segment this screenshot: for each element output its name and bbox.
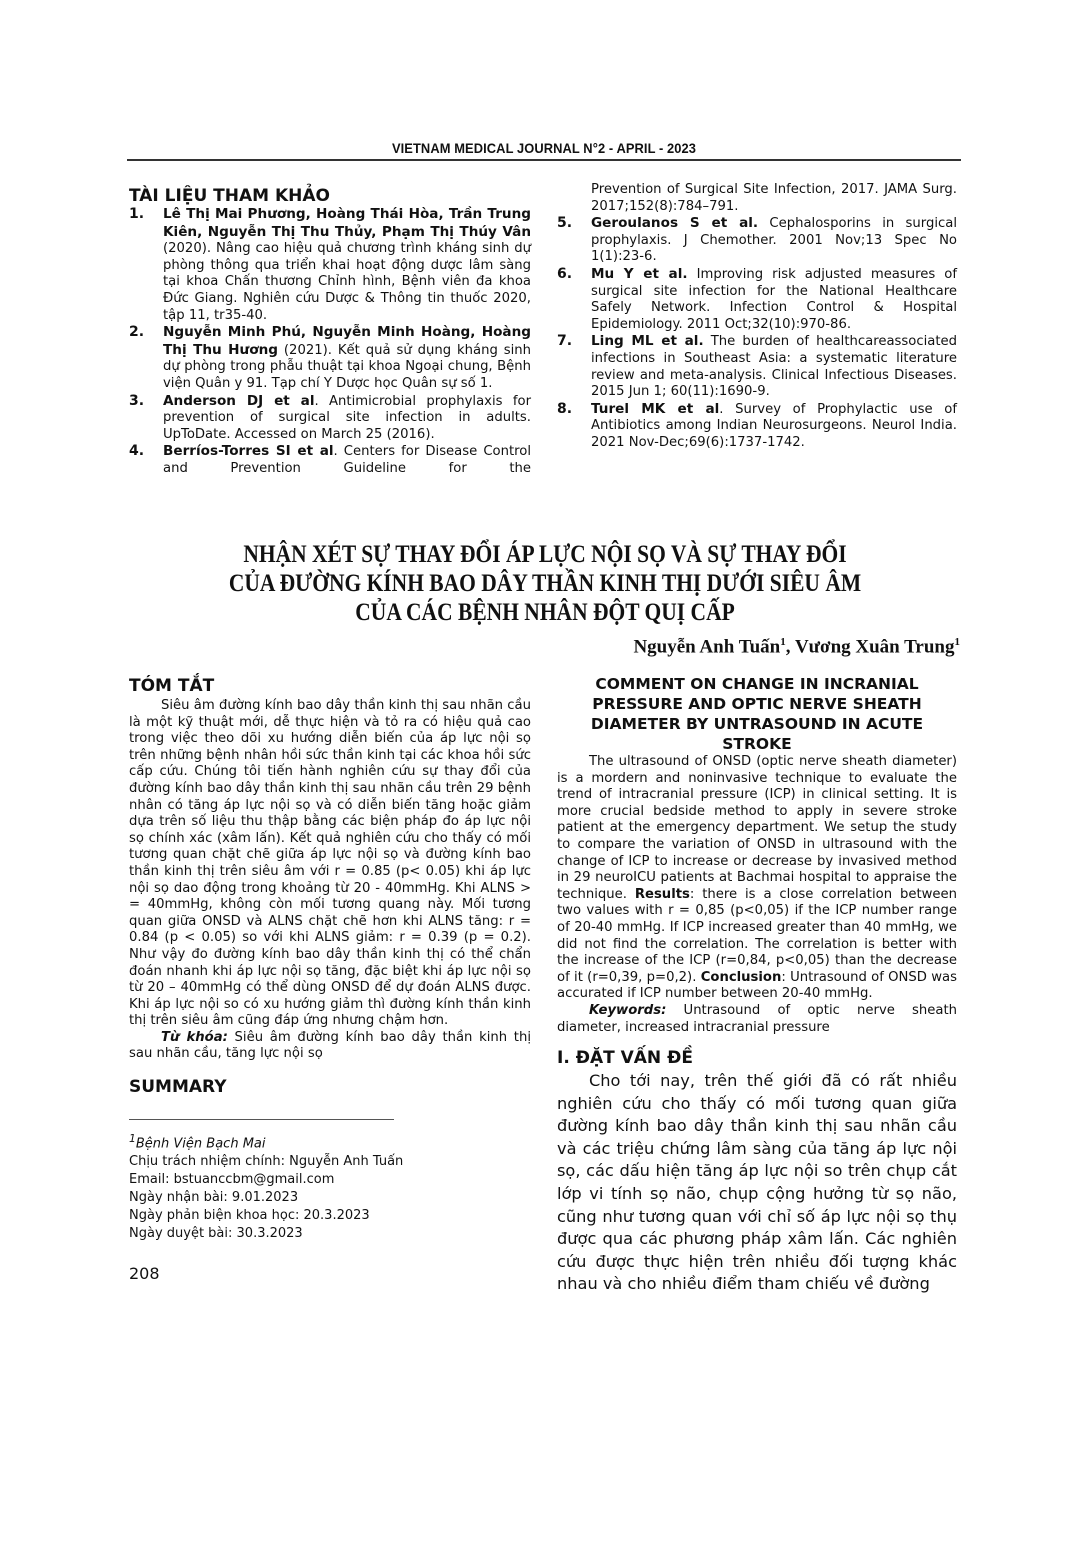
footnote-affiliation: 1Bệnh Viện Bạch Mai <box>129 1130 531 1153</box>
reference-item: 8. Turel MK et al. Survey of Prophylacti… <box>557 401 957 452</box>
reference-authors: Ling ML et al. <box>591 333 704 349</box>
article-title: NHẬN XÉT SỰ THAY ĐỔI ÁP LỰC NỘI SỌ VÀ SỰ… <box>214 540 876 627</box>
article-authors: Nguyễn Anh Tuấn1, Vương Xuân Trung1 <box>633 636 960 658</box>
abstract-en-body: The ultrasound of ONSD (optic nerve shea… <box>557 754 957 1003</box>
reference-number <box>557 182 591 215</box>
reference-item: 2. Nguyễn Minh Phú, Nguyễn Minh Hoàng, H… <box>129 324 531 392</box>
reference-number: 3. <box>129 393 163 444</box>
reference-item: 3. Anderson DJ et al. Antimicrobial prop… <box>129 393 531 444</box>
reference-authors: Berríos-Torres SI et al <box>163 443 334 459</box>
reference-item: 1. Lê Thị Mai Phương, Hoàng Thái Hòa, Tr… <box>129 206 531 324</box>
reference-number: 2. <box>129 324 163 392</box>
summary-heading: SUMMARY <box>129 1077 531 1097</box>
abstract-en-column: COMMENT ON CHANGE IN INCRANIAL PRESSURE … <box>557 674 957 1296</box>
reference-item: 4. Berríos-Torres SI et al. Centers for … <box>129 443 531 477</box>
references-right-column: Prevention of Surgical Site Infection, 2… <box>557 182 957 452</box>
reference-number: 5. <box>557 215 591 266</box>
reference-authors: Geroulanos S et al. <box>591 215 758 231</box>
abstract-vi-column: TÓM TẮT Siêu âm đường kính bao dây thần … <box>129 676 531 1283</box>
abstract-en-title: COMMENT ON CHANGE IN INCRANIAL PRESSURE … <box>557 674 957 754</box>
reference-authors: Turel MK et al <box>591 401 719 417</box>
journal-header: VIETNAM MEDICAL JOURNAL N°2 - APRIL - 20… <box>160 140 927 156</box>
footnote-reviewed: Ngày phản biện khoa học: 20.3.2023 <box>129 1207 531 1225</box>
reference-text: Prevention of Surgical Site Infection, 2… <box>591 182 957 214</box>
footnote-divider <box>129 1119 394 1120</box>
abstract-vi-heading: TÓM TẮT <box>129 676 531 696</box>
article-title-line: NHẬN XÉT SỰ THAY ĐỔI ÁP LỰC NỘI SỌ VÀ SỰ… <box>214 540 876 569</box>
keywords-label: Keywords: <box>589 1003 666 1018</box>
reference-text: (2020). Nâng cao hiệu quả chương trình k… <box>163 241 531 322</box>
reference-number: 8. <box>557 401 591 452</box>
reference-item: 5. Geroulanos S et al. Cephalosporins in… <box>557 215 957 266</box>
footnote-accepted: Ngày duyệt bài: 30.3.2023 <box>129 1225 531 1243</box>
reference-number: 6. <box>557 266 591 333</box>
article-title-line: CỦA CÁC BỆNH NHÂN ĐỘT QUỊ CẤP <box>214 598 876 627</box>
reference-number: 1. <box>129 206 163 324</box>
reference-item: 6. Mu Y et al. Improving risk adjusted m… <box>557 266 957 333</box>
footnote: 1Bệnh Viện Bạch Mai Chịu trách nhiệm chí… <box>129 1130 531 1283</box>
reference-item-continued: Prevention of Surgical Site Infection, 2… <box>557 182 957 215</box>
header-rule <box>127 159 961 161</box>
reference-number: 4. <box>129 443 163 477</box>
references-left-column: TÀI LIỆU THAM KHẢO 1. Lê Thị Mai Phương,… <box>129 186 531 478</box>
results-label: Results <box>635 887 690 902</box>
author-name: Vương Xuân Trung <box>795 636 955 657</box>
conclusion-label: Conclusion <box>701 970 782 985</box>
footnote-received: Ngày nhận bài: 9.01.2023 <box>129 1189 531 1207</box>
introduction-heading: I. ĐẶT VẤN ĐỀ <box>557 1048 957 1068</box>
reference-authors: Mu Y et al. <box>591 266 688 282</box>
abstract-vi-keywords: Từ khóa: Siêu âm đường kính bao dây thần… <box>129 1030 531 1063</box>
introduction-body: Cho tới nay, trên thế giới đã có rất nhi… <box>557 1070 957 1296</box>
page-number: 208 <box>129 1265 531 1283</box>
abstract-vi-body: Siêu âm đường kính bao dây thần kinh thị… <box>129 698 531 1030</box>
references-heading: TÀI LIỆU THAM KHẢO <box>129 186 531 206</box>
article-title-line: CỦA ĐƯỜNG KÍNH BAO DÂY THẦN KINH THỊ DƯỚ… <box>214 569 876 598</box>
author-separator: , <box>786 636 795 657</box>
abstract-en-keywords: Keywords: Untrasound of optic nerve shea… <box>557 1003 957 1036</box>
footnote-responsible: Chịu trách nhiệm chính: Nguyễn Anh Tuấn <box>129 1153 531 1171</box>
keywords-label: Từ khóa: <box>161 1030 228 1045</box>
author-affiliation-mark: 1 <box>955 636 961 648</box>
reference-item: 7. Ling ML et al. The burden of healthca… <box>557 333 957 400</box>
footnote-email: Email: bstuanccbm@gmail.com <box>129 1171 531 1189</box>
reference-authors: Anderson DJ et al <box>163 393 315 409</box>
author-name: Nguyễn Anh Tuấn <box>633 636 780 657</box>
reference-number: 7. <box>557 333 591 400</box>
reference-authors: Lê Thị Mai Phương, Hoàng Thái Hòa, Trần … <box>163 206 531 240</box>
